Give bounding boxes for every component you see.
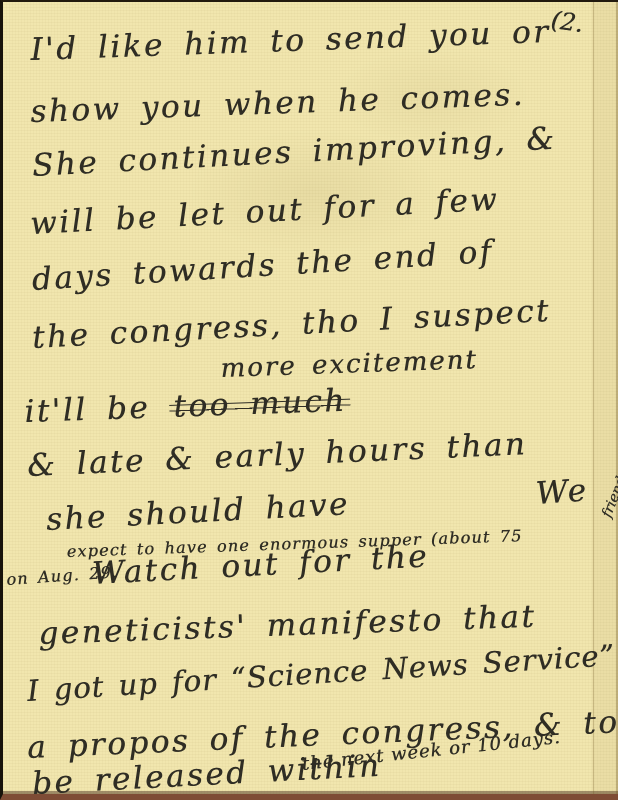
paper-crease xyxy=(593,2,594,794)
line-9-we: We xyxy=(534,472,589,512)
handwriting-line-7: it'll be too much xyxy=(24,383,352,430)
insertion-more-excitement: more excitement xyxy=(220,345,478,384)
rotated-friends-note: friends) xyxy=(599,463,618,520)
handwriting-line-9: she should have xyxy=(45,486,350,538)
handwriting-line-1: I'd like him to send you or xyxy=(30,14,551,68)
handwriting-line-8: & late & early hours than xyxy=(26,426,528,484)
letter-page: (2. I'd like him to send you or show you… xyxy=(0,0,618,800)
page-number: (2. xyxy=(549,6,585,38)
handwriting-line-11: geneticists' manifesto that xyxy=(38,599,537,652)
handwriting-line-5: days towards the end of xyxy=(31,234,495,298)
handwriting-line-2: show you when he comes. xyxy=(30,77,526,130)
handwriting-line-4: will be let out for a few xyxy=(29,181,500,242)
handwriting-line-3: She continues improving, & xyxy=(31,121,557,184)
line-7-prefix: it'll be xyxy=(24,390,151,430)
strikethrough-too-much: too much xyxy=(169,383,351,425)
